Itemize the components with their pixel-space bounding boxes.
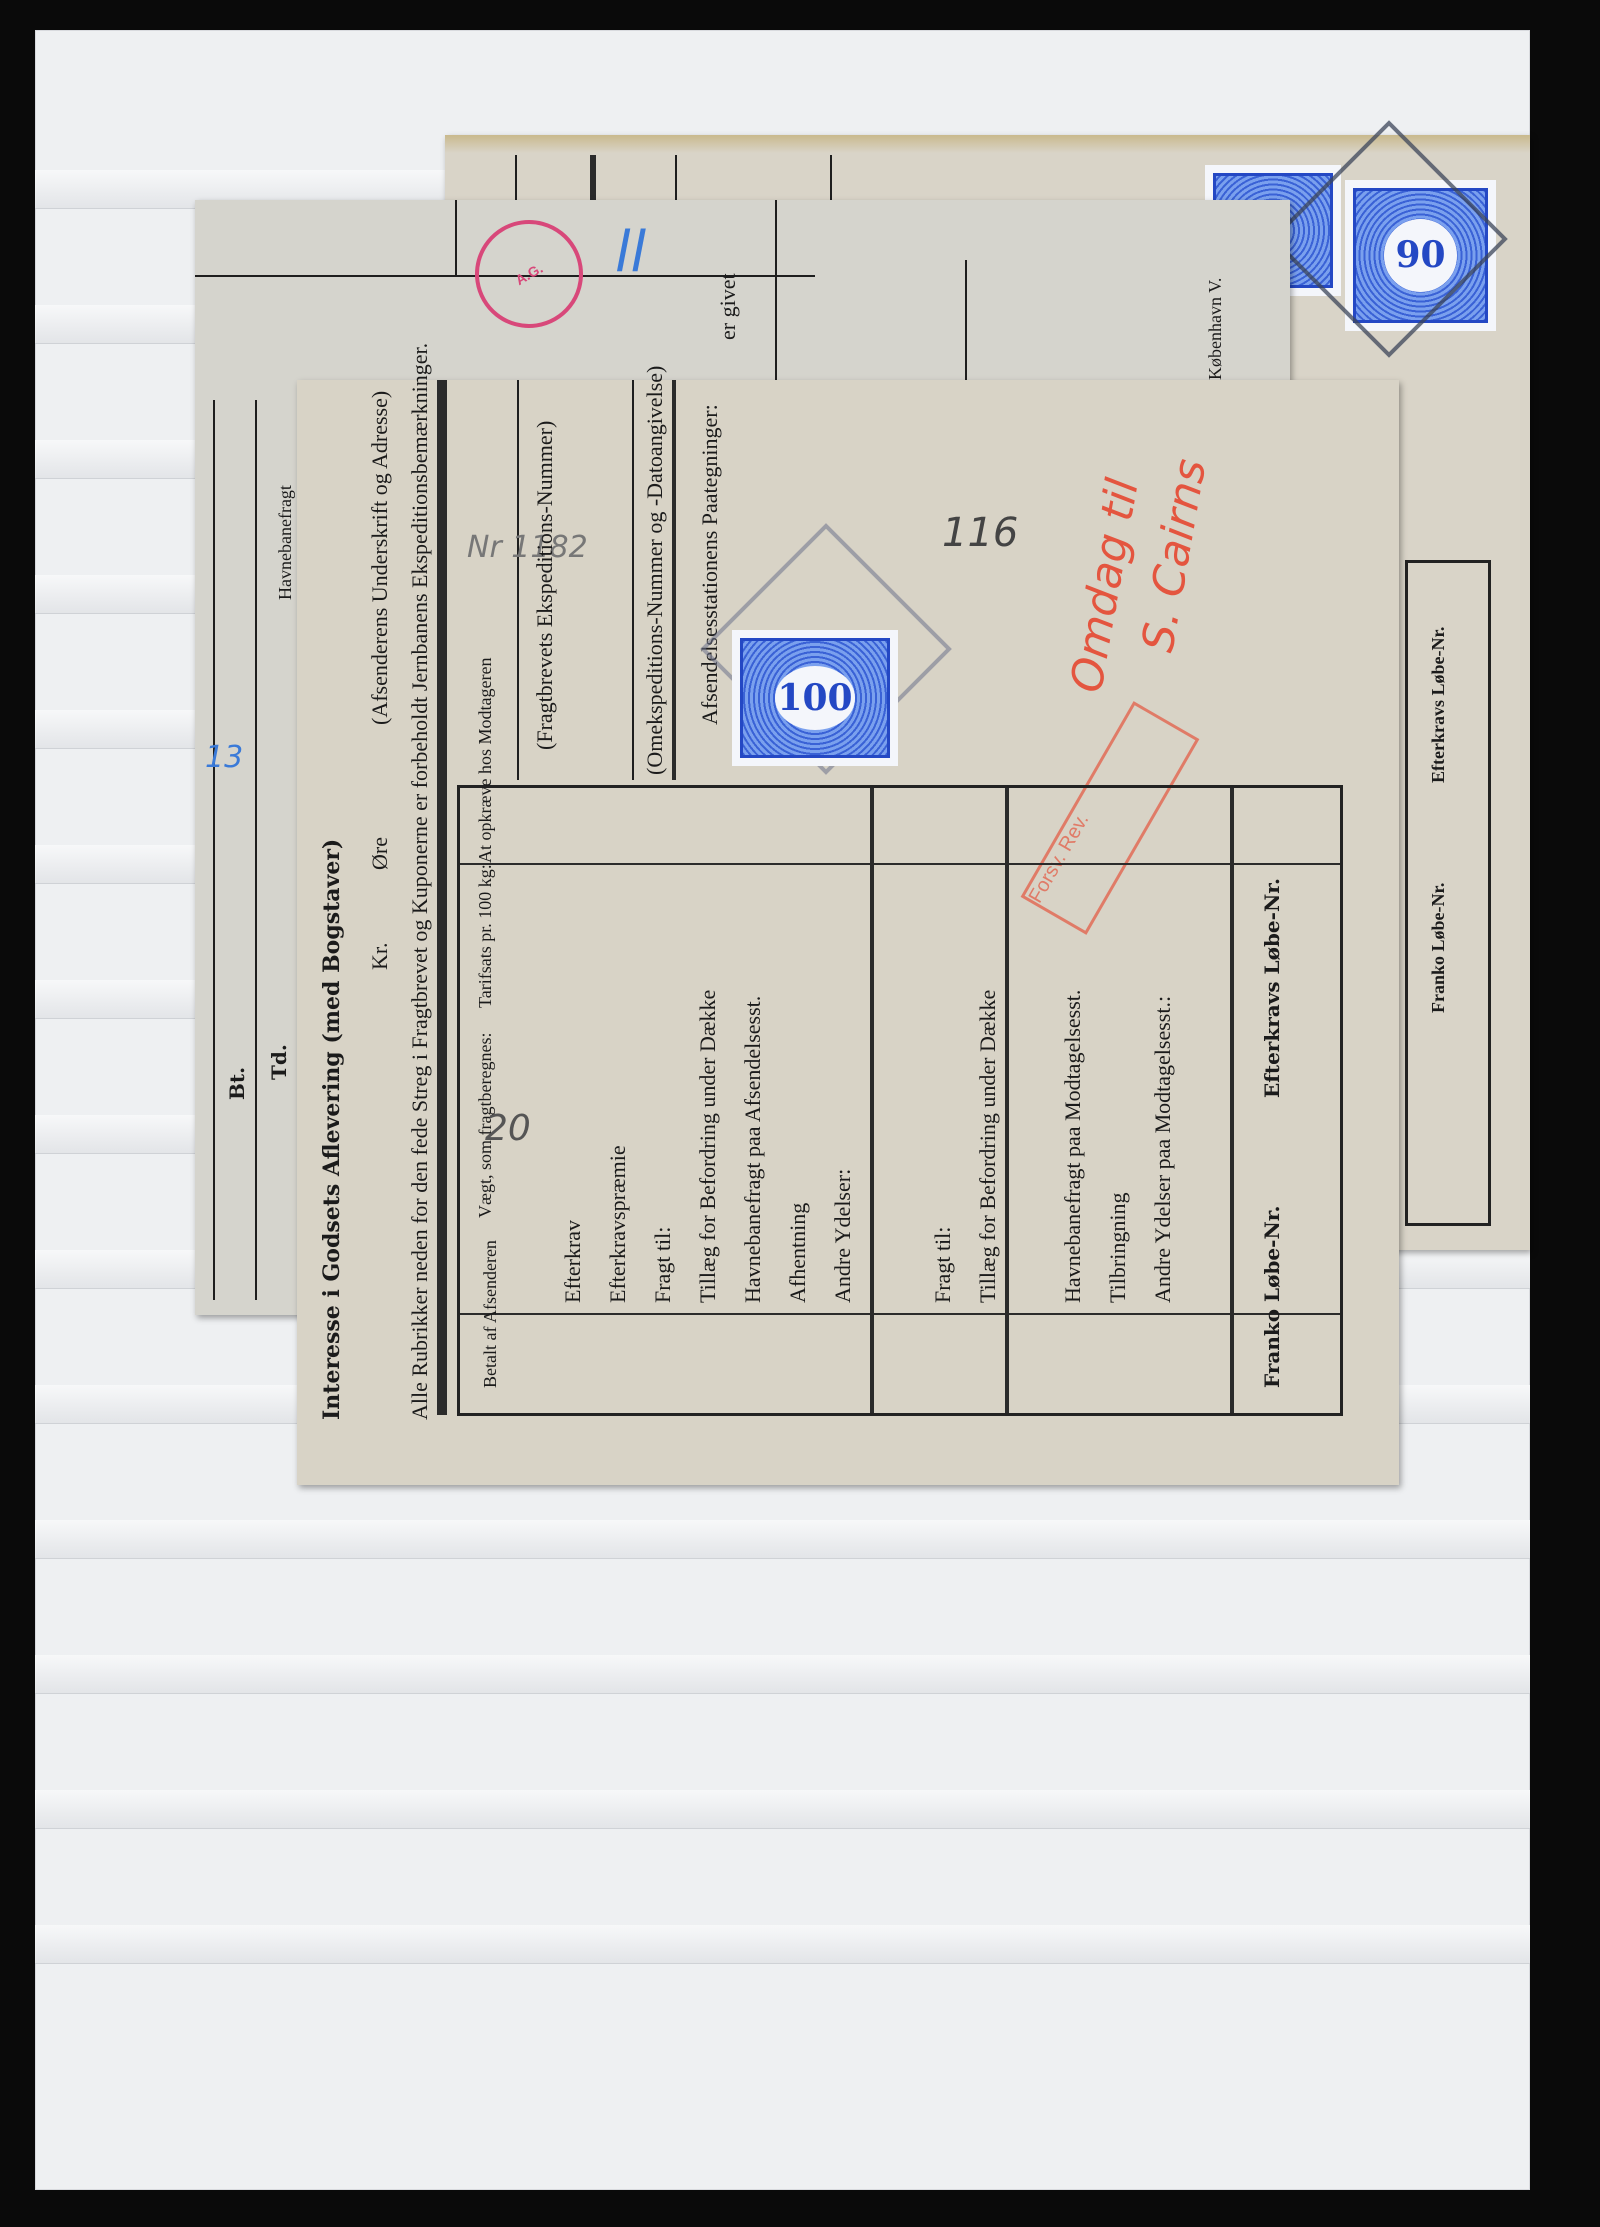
- row-fragt-til: Fragt til:: [650, 1227, 676, 1303]
- td-label: Td.: [267, 1044, 291, 1080]
- stamp-value: 100: [775, 666, 856, 730]
- remarks-label: Afsendelsesstationens Paategninger:: [697, 404, 723, 725]
- rule: [460, 1313, 1340, 1315]
- row-tillaeg: Tillæg for Befordring under Dække: [975, 990, 1001, 1303]
- stamp-text: A.G.: [513, 260, 546, 288]
- row-efterkrav: Efterkrav: [560, 1220, 586, 1303]
- franko-label: Franko Løbe-Nr.: [1428, 883, 1449, 1013]
- rule: [255, 400, 257, 1300]
- row-havnebanefragt-modt: Havnebanefragt paa Modtagelsesst.: [1060, 990, 1086, 1303]
- rule: [590, 155, 596, 205]
- collect-header: At opkræve hos Modtageren: [475, 658, 496, 863]
- row-fragt-til: Fragt til:: [930, 1227, 956, 1303]
- rule: [517, 380, 519, 780]
- rule: [675, 155, 677, 205]
- rule: [460, 863, 1340, 865]
- row-havnebanefragt: Havnebanefragt paa Afsendelsesst.: [740, 996, 766, 1303]
- paid-header: Betalt af Afsenderen: [480, 1240, 501, 1388]
- row-afhentning: Afhentning: [785, 1203, 811, 1303]
- rule: [1230, 788, 1234, 1413]
- handwritten-116: 116: [942, 510, 1018, 556]
- rule: [672, 380, 676, 780]
- stock-strip: [35, 1790, 1530, 1829]
- tariff-header: Tarifsats pr. 100 kg:: [475, 864, 496, 1008]
- rule: [213, 400, 215, 1300]
- efterkrav-label: Efterkravs Løbe-Nr.: [1428, 627, 1449, 783]
- instruction-text: Alle Rubrikker neden for den fede Streg …: [407, 343, 433, 1420]
- stamp-face: 100: [740, 638, 890, 758]
- weight-value: 20: [485, 1108, 531, 1149]
- rule: [870, 788, 874, 1413]
- havnebanefragt-text: Havnebanefragt: [275, 485, 296, 600]
- album-page: 90 Franko Løbe-Nr. Efterkravs Løbe-Nr. A…: [35, 30, 1530, 2190]
- stock-strip: [35, 1520, 1530, 1559]
- back-table: Franko Løbe-Nr. Efterkravs Løbe-Nr.: [1405, 560, 1491, 1226]
- rule: [515, 155, 517, 205]
- rule: [965, 260, 967, 380]
- expedition-number: Nr 1182: [467, 530, 588, 565]
- bold-rule: [437, 380, 447, 1415]
- efterkravs-lobe-nr: Efterkravs Løbe-Nr.: [1260, 878, 1284, 1098]
- kr-label: Kr.: [367, 943, 393, 971]
- front-freight-document: Interesse i Godsets Aflevering (med Bogs…: [297, 380, 1399, 1485]
- row-efterkravspraemie: Efterkravspræmie: [605, 1145, 631, 1303]
- blue-signature: ll: [615, 220, 646, 285]
- charges-table: Betalt af Afsenderen Vægt, som fragtbere…: [457, 785, 1343, 1416]
- bt-label: Bt.: [225, 1067, 249, 1100]
- expedition-caption: (Fragtbrevets Ekspeditions-Nummer): [532, 421, 558, 750]
- dsb-stamp-100: 100: [732, 630, 898, 766]
- blue-handwriting: 13: [205, 740, 243, 775]
- rule: [1005, 788, 1009, 1413]
- kobenhavn-text: København V.: [1205, 278, 1226, 380]
- stock-strip: [35, 1655, 1530, 1694]
- stock-strip: [35, 1925, 1530, 1964]
- er-givet-text: er givet: [715, 273, 741, 340]
- form-title: Interesse i Godsets Aflevering (med Bogs…: [319, 839, 345, 1420]
- red-handwriting: Omdag til: [1061, 475, 1149, 697]
- ore-label: Øre: [367, 837, 393, 870]
- rule: [830, 155, 832, 205]
- re-expedition-caption: (Omekspeditions-Nummer og -Datoangivelse…: [642, 366, 668, 775]
- row-andre-ydelser: Andre Ydelser:: [830, 1169, 856, 1303]
- rule: [775, 200, 777, 380]
- row-tilbringning: Tilbringning: [1105, 1193, 1131, 1303]
- row-andre-ydelser-modt: Andre Ydelser paa Modtagelsesst.:: [1150, 996, 1176, 1303]
- rule: [632, 380, 634, 780]
- signature-caption: (Afsenderens Underskrift og Adresse): [367, 391, 393, 725]
- row-tillaeg: Tillæg for Befordring under Dække: [695, 990, 721, 1303]
- franko-lobe-nr: Franko Løbe-Nr.: [1260, 1206, 1284, 1388]
- rule: [455, 200, 457, 275]
- red-circle-stamp: A.G.: [455, 200, 603, 348]
